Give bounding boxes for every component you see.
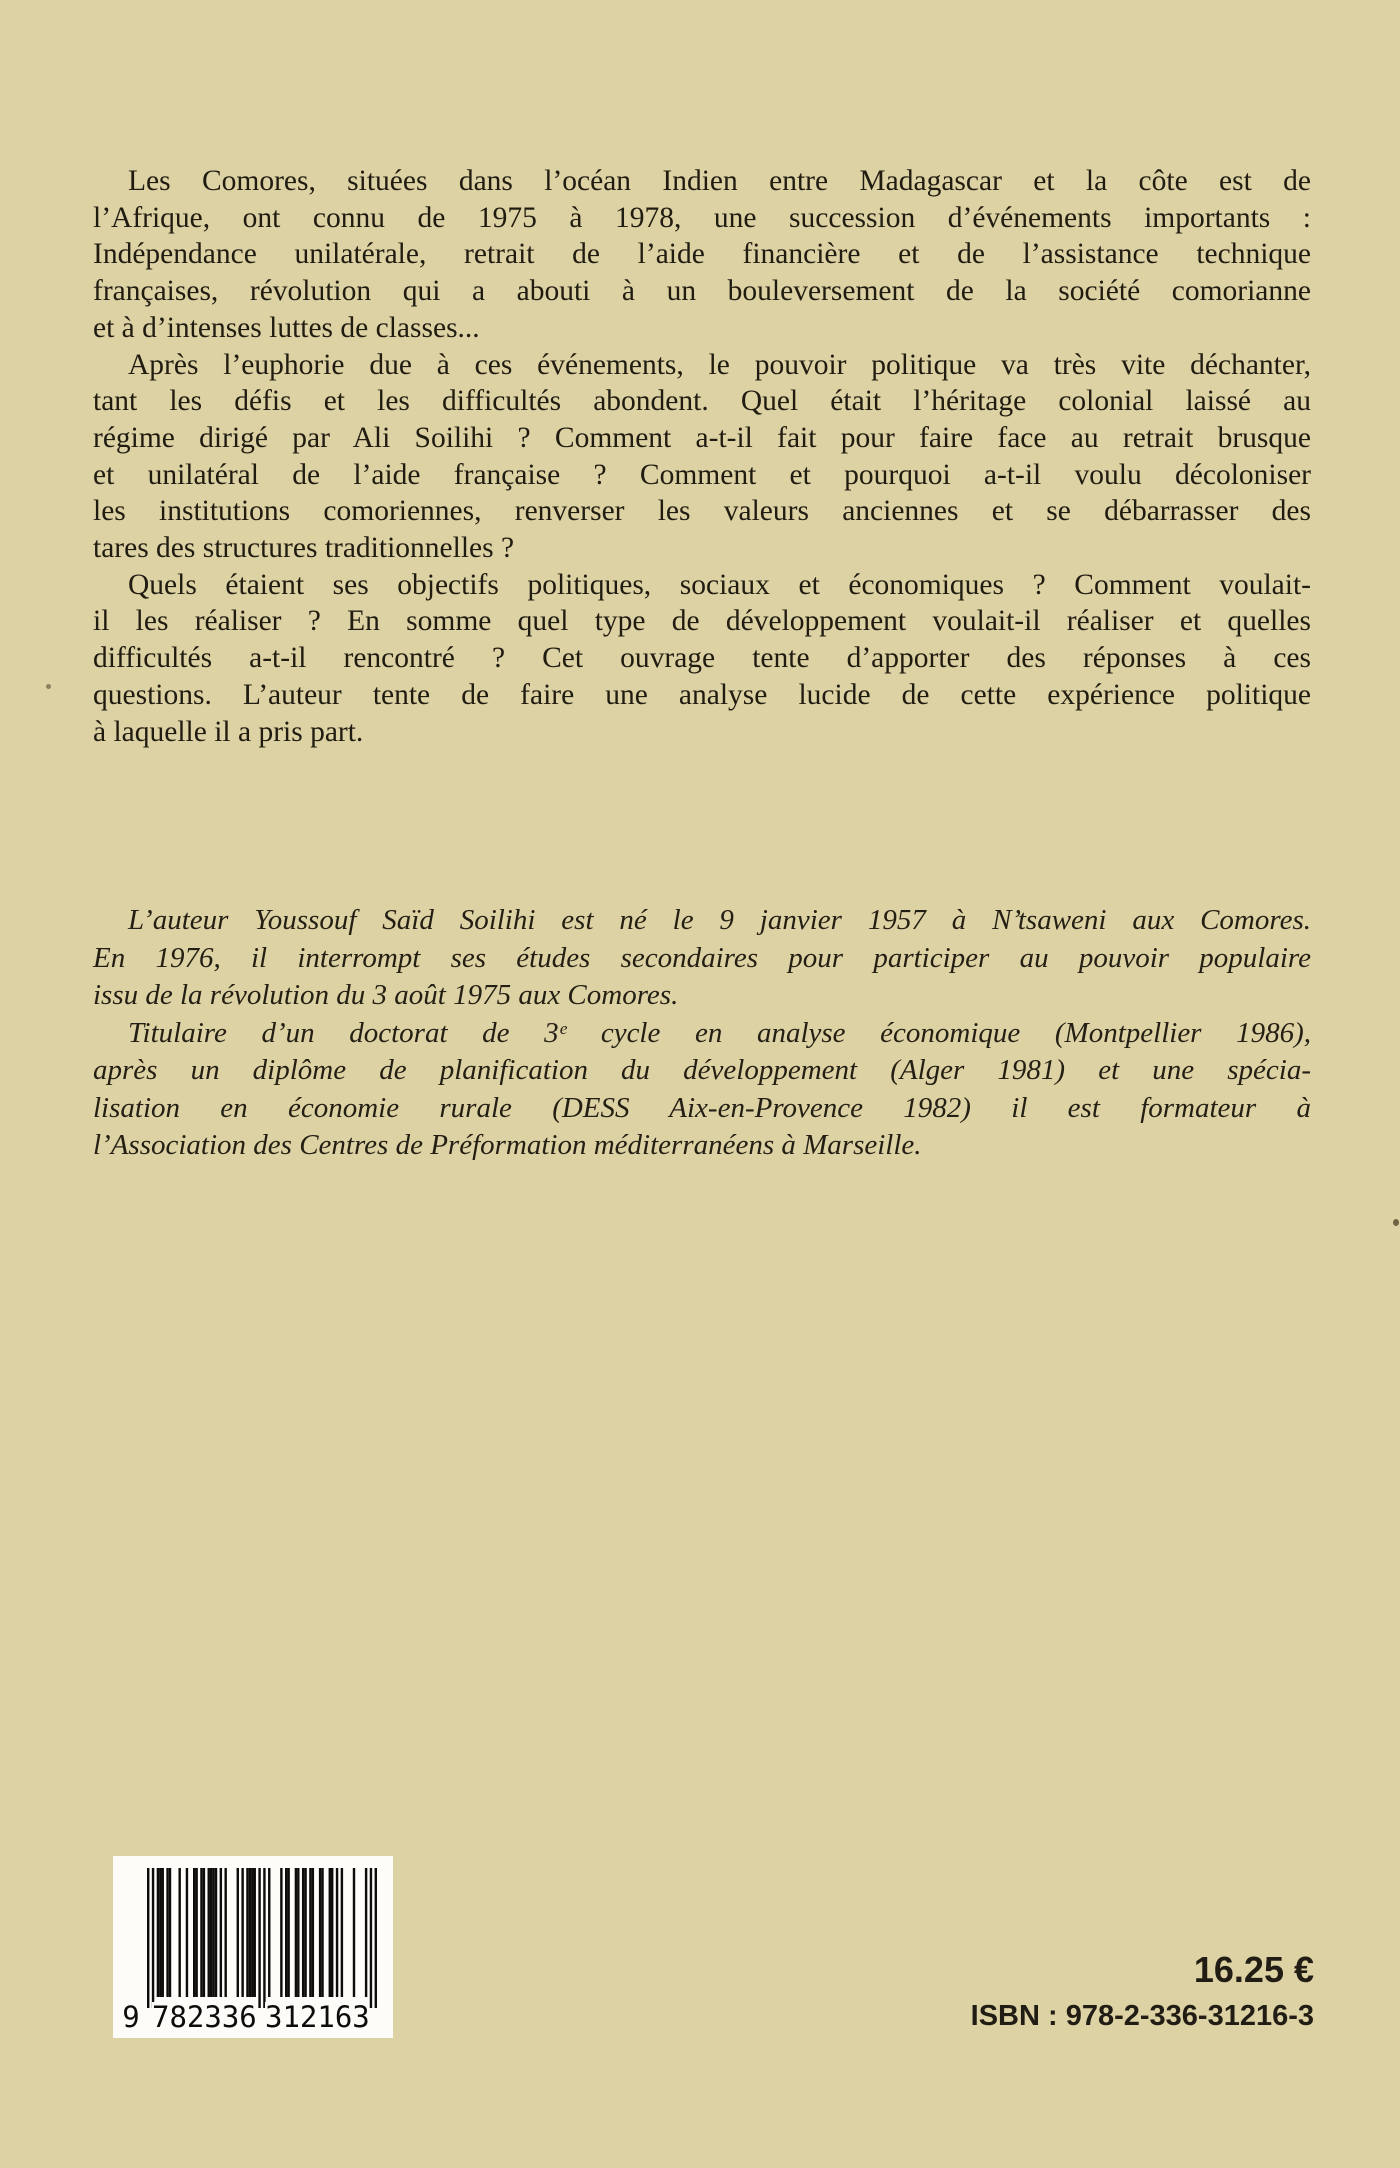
text-line: l’Association des Centres de Préformatio…	[93, 1127, 1311, 1165]
isbn-label: ISBN : 978-2-336-31216-3	[971, 2000, 1314, 2033]
text-line: Titulaire d’un doctorat de 3ᵉ cycle en a…	[93, 1015, 1311, 1053]
text-line: les institutions comoriennes, renverser …	[93, 493, 1311, 530]
book-back-cover: Les Comores, situées dans l’océan Indien…	[0, 0, 1400, 2168]
text-line: Indépendance unilatérale, retrait de l’a…	[93, 236, 1311, 273]
ean13-bars	[147, 1868, 377, 2008]
text-line: il les réaliser ? En somme quel type de …	[93, 603, 1311, 640]
ink-speck	[1393, 1219, 1399, 1226]
text-line: françaises, révolution qui a abouti à un…	[93, 273, 1311, 310]
text-line: à laquelle il a pris part.	[93, 714, 1311, 751]
barcode-digit-prefix: 9	[119, 2002, 143, 2032]
text-line: questions. L’auteur tente de faire une a…	[93, 677, 1311, 714]
text-line: après un diplôme de planification du dév…	[93, 1052, 1311, 1090]
barcode-digits-right: 312163	[265, 2002, 365, 2032]
text-line: l’Afrique, ont connu de 1975 à 1978, une…	[93, 200, 1311, 237]
text-line: Quels étaient ses objectifs politiques, …	[93, 567, 1311, 604]
text-line: Les Comores, situées dans l’océan Indien…	[93, 163, 1311, 200]
text-line: L’auteur Youssouf Saïd Soilihi est né le…	[93, 902, 1311, 940]
text-line: Après l’euphorie due à ces événements, l…	[93, 347, 1311, 384]
text-line: issu de la révolution du 3 août 1975 aux…	[93, 977, 1311, 1015]
barcode-digits-left: 782336	[152, 2002, 252, 2032]
text-line: En 1976, il interrompt ses études second…	[93, 940, 1311, 978]
text-line: tares des structures traditionnelles ?	[93, 530, 1311, 567]
price-label: 16.25 €	[1194, 1949, 1314, 1991]
text-line: et unilatéral de l’aide française ? Comm…	[93, 457, 1311, 494]
text-line: difficultés a-t-il rencontré ? Cet ouvra…	[93, 640, 1311, 677]
ink-speck	[46, 684, 51, 689]
text-line: et à d’intenses luttes de classes...	[93, 310, 1311, 347]
synopsis-text: Les Comores, situées dans l’océan Indien…	[93, 163, 1311, 750]
text-line: lisation en économie rurale (DESS Aix-en…	[93, 1090, 1311, 1128]
text-line: tant les défis et les difficultés abonde…	[93, 383, 1311, 420]
author-bio-text: L’auteur Youssouf Saïd Soilihi est né le…	[93, 902, 1311, 1165]
text-line: régime dirigé par Ali Soilihi ? Comment …	[93, 420, 1311, 457]
barcode: 9 782336 312163	[113, 1856, 393, 2038]
